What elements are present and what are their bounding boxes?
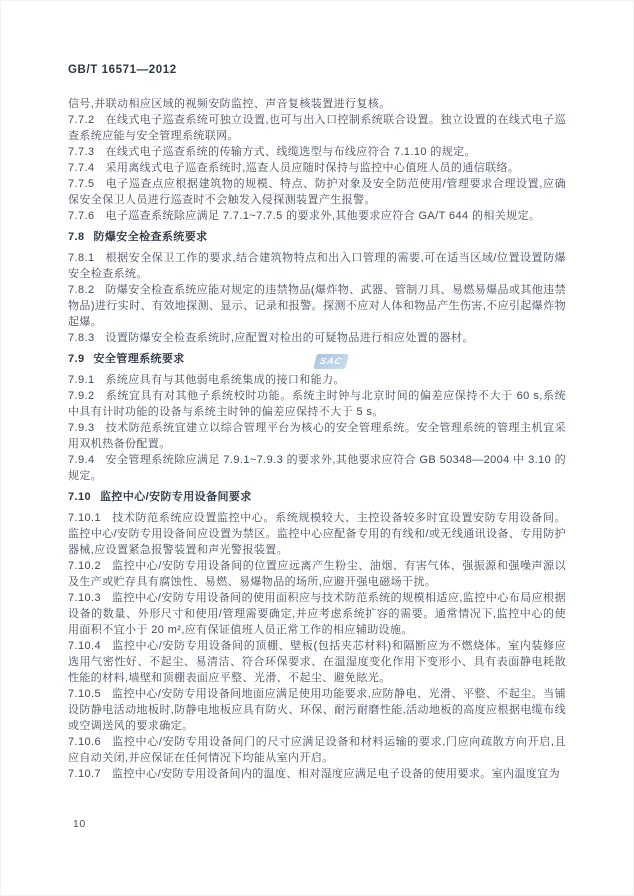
clause-paragraph: 7.7.5电子巡查点应根据建筑物的规模、特点、防护对象及安全防范使用/管理要求合… bbox=[68, 176, 566, 208]
clause-number: 7.10.5 bbox=[68, 686, 112, 702]
clause-text: 信号,并联动相应区域的视频安防监控、声音复核装置进行复核。 bbox=[68, 98, 391, 110]
clause-number: 7.8.1 bbox=[68, 250, 105, 266]
clause-text: 防爆安全检查系统应能对规定的违禁物品(爆炸物、武器、管制刀具、易燃易爆品或其他违… bbox=[68, 284, 566, 328]
clause-text: 系统宜具有对其他子系统校时功能。系统主时钟与北京时间的偏差应保持不大于 60 s… bbox=[68, 390, 566, 418]
clause-text: 监控中心/安防专用设备间门的尺寸应满足设备和材料运输的要求,门应向疏散方向开启,… bbox=[68, 736, 566, 764]
section-heading-text: 安全管理系统要求 bbox=[94, 353, 185, 365]
clause-paragraph: 7.7.3在线式电子巡查系统的传输方式、线缆选型与布线应符合 7.1.10 的规… bbox=[68, 144, 566, 160]
clause-text: 安全管理系统除应满足 7.9.1~7.9.3 的要求外,其他要求应符合 GB 5… bbox=[68, 454, 566, 482]
clause-paragraph: 7.10.1技术防范系统应设置监控中心。系统规模较大、主控设备较多时宜设置安防专… bbox=[68, 510, 566, 558]
standard-code-header: GB/T 16571—2012 bbox=[68, 64, 177, 76]
clause-number: 7.9.4 bbox=[68, 452, 105, 468]
clause-number: 7.10.6 bbox=[68, 734, 112, 750]
clause-number: 7.7.6 bbox=[68, 208, 105, 224]
clause-number: 7.7.5 bbox=[68, 176, 105, 192]
clause-paragraph: 7.10.5监控中心/安防专用设备间地面应满足使用功能要求,应防静电、光滑、平整… bbox=[68, 686, 566, 734]
section-heading: 7.10监控中心/安防专用设备间要求 bbox=[68, 489, 566, 505]
clause-paragraph: 7.8.3设置防爆安全检查系统时,应配置对检出的可疑物品进行相应处置的器材。 bbox=[68, 330, 566, 346]
clause-text: 技术防范系统宜建立以综合管理平台为核心的安全管理系统。安全管理系统的管理主机宜采… bbox=[68, 422, 566, 450]
clause-number: 7.10.1 bbox=[68, 510, 112, 526]
clause-number: 7.9.3 bbox=[68, 420, 105, 436]
clause-number: 7.9.2 bbox=[68, 388, 105, 404]
section-heading-text: 防爆安全检查系统要求 bbox=[94, 231, 208, 243]
clause-number: 7.9.1 bbox=[68, 372, 105, 388]
document-body: 信号,并联动相应区域的视频安防监控、声音复核装置进行复核。7.7.2在线式电子巡… bbox=[68, 96, 566, 782]
page-number: 10 bbox=[73, 818, 86, 830]
clause-text: 技术防范系统应设置监控中心。系统规模较大、主控设备较多时宜设置安防专用设备间。监… bbox=[68, 512, 566, 556]
clause-paragraph: 7.7.6电子巡查系统除应满足 7.7.1~7.7.5 的要求外,其他要求应符合… bbox=[68, 208, 566, 224]
clause-number: 7.7.3 bbox=[68, 144, 105, 160]
clause-text: 电子巡查系统除应满足 7.7.1~7.7.5 的要求外,其他要求应符合 GA/T… bbox=[105, 210, 540, 222]
section-heading: 7.8防爆安全检查系统要求 bbox=[68, 229, 566, 245]
clause-paragraph: 7.10.6监控中心/安防专用设备间门的尺寸应满足设备和材料运输的要求,门应向疏… bbox=[68, 734, 566, 766]
clause-text: 监控中心/安防专用设备间的顶棚、壁板(包括夹芯材料)和隔断应为不燃烧体。室内装修… bbox=[68, 640, 566, 684]
clause-number: 7.10 bbox=[68, 489, 100, 505]
clause-number: 7.10.2 bbox=[68, 558, 112, 574]
clause-text: 在线式电子巡查系统可独立设置,也可与出入口控制系统联合设置。独立设置的在线式电子… bbox=[68, 114, 566, 142]
clause-number: 7.7.4 bbox=[68, 160, 105, 176]
clause-paragraph: 信号,并联动相应区域的视频安防监控、声音复核装置进行复核。 bbox=[68, 96, 566, 112]
clause-text: 根据安全保卫工作的要求,结合建筑物特点和出入口管理的需要,可在适当区域/位置设置… bbox=[68, 252, 566, 280]
clause-paragraph: 7.10.7监控中心/安防专用设备间内的温度、相对湿度应满足电子设备的使用要求。… bbox=[68, 766, 566, 782]
clause-paragraph: 7.10.4监控中心/安防专用设备间的顶棚、壁板(包括夹芯材料)和隔断应为不燃烧… bbox=[68, 638, 566, 686]
clause-text: 设置防爆安全检查系统时,应配置对检出的可疑物品进行相应处置的器材。 bbox=[105, 332, 473, 344]
clause-paragraph: 7.10.3监控中心/安防专用设备间的使用面积应与技术防范系统的规模相适应,监控… bbox=[68, 590, 566, 638]
clause-paragraph: 7.9.4安全管理系统除应满足 7.9.1~7.9.3 的要求外,其他要求应符合… bbox=[68, 452, 566, 484]
clause-text: 监控中心/安防专用设备间地面应满足使用功能要求,应防静电、光滑、平整、不起尘。当… bbox=[68, 688, 566, 732]
clause-number: 7.7.2 bbox=[68, 112, 105, 128]
sac-watermark-logo: SAC bbox=[313, 354, 349, 369]
section-heading-text: 监控中心/安防专用设备间要求 bbox=[100, 491, 252, 503]
clause-paragraph: 7.8.1根据安全保卫工作的要求,结合建筑物特点和出入口管理的需要,可在适当区域… bbox=[68, 250, 566, 282]
clause-text: 监控中心/安防专用设备间的使用面积应与技术防范系统的规模相适应,监控中心布局应根… bbox=[68, 592, 566, 636]
clause-paragraph: 7.7.4采用离线式电子巡查系统时,巡查人员应随时保持与监控中心值班人员的通信联… bbox=[68, 160, 566, 176]
clause-text: 系统应具有与其他弱电系统集成的接口和能力。 bbox=[105, 374, 344, 386]
clause-text: 在线式电子巡查系统的传输方式、线缆选型与布线应符合 7.1.10 的规定。 bbox=[105, 146, 476, 158]
clause-text: 监控中心/安防专用设备间的位置应远离产生粉尘、油烟、有害气体、强振源和强噪声源以… bbox=[68, 560, 566, 588]
clause-paragraph: 7.9.2系统宜具有对其他子系统校时功能。系统主时钟与北京时间的偏差应保持不大于… bbox=[68, 388, 566, 420]
document-page: GB/T 16571—2012 信号,并联动相应区域的视频安防监控、声音复核装置… bbox=[0, 0, 634, 896]
clause-number: 7.10.3 bbox=[68, 590, 112, 606]
clause-text: 采用离线式电子巡查系统时,巡查人员应随时保持与监控中心值班人员的通信联络。 bbox=[105, 162, 519, 174]
clause-number: 7.10.7 bbox=[68, 766, 112, 782]
clause-text: 监控中心/安防专用设备间内的温度、相对湿度应满足电子设备的使用要求。室内温度宜为 bbox=[112, 768, 560, 780]
clause-paragraph: 7.8.2防爆安全检查系统应能对规定的违禁物品(爆炸物、武器、管制刀具、易燃易爆… bbox=[68, 282, 566, 330]
clause-number: 7.10.4 bbox=[68, 638, 112, 654]
clause-number: 7.8.3 bbox=[68, 330, 105, 346]
clause-text: 电子巡查点应根据建筑物的规模、特点、防护对象及安全防范使用/管理要求合理设置,应… bbox=[68, 178, 566, 206]
clause-paragraph: 7.9.1系统应具有与其他弱电系统集成的接口和能力。 bbox=[68, 372, 566, 388]
clause-paragraph: 7.10.2监控中心/安防专用设备间的位置应远离产生粉尘、油烟、有害气体、强振源… bbox=[68, 558, 566, 590]
clause-number: 7.8 bbox=[68, 229, 94, 245]
clause-paragraph: 7.7.2在线式电子巡查系统可独立设置,也可与出入口控制系统联合设置。独立设置的… bbox=[68, 112, 566, 144]
clause-number: 7.8.2 bbox=[68, 282, 105, 298]
clause-number: 7.9 bbox=[68, 351, 94, 367]
clause-paragraph: 7.9.3技术防范系统宜建立以综合管理平台为核心的安全管理系统。安全管理系统的管… bbox=[68, 420, 566, 452]
